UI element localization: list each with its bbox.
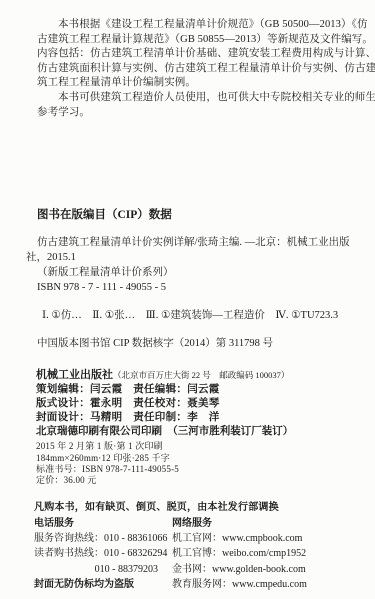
intro-line: 内容包括：仿古建筑工程清单计价基础、建筑安装工程费用构成与计算、 bbox=[37, 47, 375, 62]
network-service-column: 网络服务 机工官网：www.cmpbook.com 机工官博：weibo.com… bbox=[172, 516, 362, 592]
service-columns: 电话服务 服务咨询热线：010 - 88361066 读者购书热线：010 - … bbox=[34, 516, 375, 592]
edition-line: 2015 年 2 月第 1 版·第 1 次印刷 bbox=[36, 441, 375, 452]
intro-line: 筑工程工程量清单计价编制实例。 bbox=[37, 76, 375, 91]
colophon-section: 机械工业出版社（北京市百万庄大街 22 号 邮政编码 100037） 策划编辑：… bbox=[36, 368, 375, 487]
staff-line: 封面设计：马精明 责任印制：李 洋 bbox=[36, 411, 375, 425]
phone-line: 读者购书热线：010 - 68326294 bbox=[34, 546, 172, 561]
publisher-line: 机械工业出版社（北京市百万庄大街 22 号 邮政编码 100037） bbox=[36, 368, 375, 383]
price-line: 定价：36.00 元 bbox=[36, 475, 375, 486]
book-copyright-page: 本书根据《建设工程工程量清单计价规范》（GB 50500—2013）《仿 古建筑… bbox=[0, 0, 375, 599]
network-service-heading: 网络服务 bbox=[172, 516, 362, 531]
cip-record-number: 中国版本图书馆 CIP 数据核字（2014）第 311798 号 bbox=[26, 336, 375, 351]
cip-data-section: 仿古建筑工程量清单计价实例详解/张琦主编. —北京：机械工业出版 社，2015.… bbox=[26, 235, 375, 351]
cip-series: （新版工程量清单计价系列） bbox=[26, 265, 375, 280]
staff-line: 版式设计：霍永明 责任校对：聂美琴 bbox=[36, 397, 375, 411]
printer-line: 北京瑞德印刷有限公司印刷 （三河市胜利装订厂装订） bbox=[36, 425, 375, 439]
cip-title-line: 仿古建筑工程量清单计价实例详解/张琦主编. —北京：机械工业出版 bbox=[26, 235, 375, 250]
exchange-notice: 凡购本书，如有缺页、倒页、脱页，由本社发行部调换 bbox=[34, 500, 375, 515]
phone-line: 010 - 88379203 bbox=[34, 562, 172, 577]
format-line: 184mm×260mm·12 印张·285 千字 bbox=[36, 453, 375, 464]
intro-section: 本书根据《建设工程工程量清单计价规范》（GB 50500—2013）《仿 古建筑… bbox=[37, 18, 375, 120]
network-line: 机工官网：www.cmpbook.com bbox=[172, 531, 362, 546]
intro-line: 古建筑工程工程量计算规范》（GB 50855—2013）等新规范及文件编写。 bbox=[37, 33, 375, 48]
cip-classification: Ⅰ. ①仿… Ⅱ. ①张… Ⅲ. ①建筑装饰—工程造价 Ⅳ. ①TU723.3 bbox=[26, 308, 375, 323]
intro-line: 本书根据《建设工程工程量清单计价规范》（GB 50500—2013）《仿 bbox=[37, 18, 375, 33]
cip-title-line: 社，2015.1 bbox=[26, 250, 375, 265]
network-line: 金书网：www.golden-book.com bbox=[172, 562, 362, 577]
service-section: 凡购本书，如有缺页、倒页、脱页，由本社发行部调换 电话服务 服务咨询热线：010… bbox=[34, 500, 375, 592]
intro-line: 本书可供建筑工程造价人员使用，也可供大中专院校相关专业的师生 bbox=[37, 91, 375, 106]
phone-line: 服务咨询热线：010 - 88361066 bbox=[34, 531, 172, 546]
staff-line: 策划编辑：闫云霞 责任编辑：闫云霞 bbox=[36, 383, 375, 397]
cip-isbn: ISBN 978 - 7 - 111 - 49055 - 5 bbox=[26, 280, 375, 295]
network-line: 机工官博：weibo.com/cmp1952 bbox=[172, 546, 362, 561]
intro-line: 参考学习。 bbox=[37, 106, 375, 121]
cip-heading: 图书在版编目（CIP）数据 bbox=[37, 208, 375, 222]
phone-service-column: 电话服务 服务咨询热线：010 - 88361066 读者购书热线：010 - … bbox=[34, 516, 172, 592]
phone-service-heading: 电话服务 bbox=[34, 516, 172, 531]
network-line: 教育服务网：www.cmpedu.com bbox=[172, 577, 362, 592]
intro-line: 仿古建筑面积计算与实例、仿古建筑工程工程量清单计价与实例、仿古建 bbox=[37, 62, 375, 77]
standard-isbn-line: 标准书号：ISBN 978-7-111-49055-5 bbox=[36, 464, 375, 475]
publisher-address: （北京市百万庄大街 22 号 邮政编码 100037） bbox=[113, 370, 289, 380]
anti-piracy-notice: 封面无防伪标均为盗版 bbox=[34, 577, 172, 592]
publisher-name: 机械工业出版社 bbox=[36, 369, 113, 381]
